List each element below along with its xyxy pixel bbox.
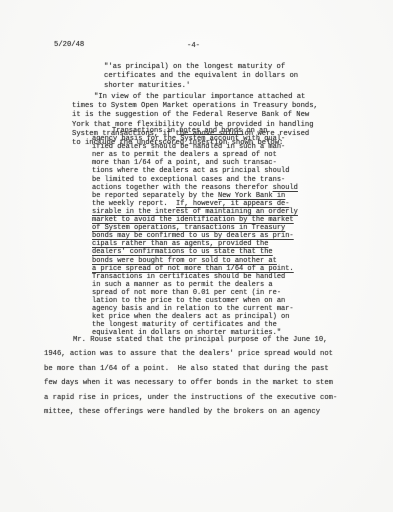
text-line: sirable in the interest of maintaining a… <box>92 208 298 216</box>
document-page: 5/20/48 -4- "'as principal) on the longe… <box>0 0 393 512</box>
text-line: of System operations, transactions in Tr… <box>92 224 298 232</box>
text-line: it is the suggestion of the Federal Rese… <box>72 111 318 120</box>
text-line: market to avoid the identification by th… <box>92 216 298 224</box>
text-line: bonds were bought from or sold to anothe… <box>92 257 298 265</box>
text-line: Mr. Rouse stated that the principal purp… <box>44 333 337 347</box>
text-line: a price spread of not more than 1/64 of … <box>92 265 298 273</box>
date-annotation: 5/20/48 <box>54 41 84 49</box>
text-line: shorter maturities.' <box>104 82 298 91</box>
text-line: Transactions in certificates should be h… <box>92 273 298 281</box>
text-line: be reported separately by the New York B… <box>92 192 298 200</box>
text-line: "'as principal) on the longest maturity … <box>104 63 298 72</box>
text-line: agency basis for the System account with… <box>92 135 298 143</box>
text-line: the weekly report. If, however, it appea… <box>92 200 298 208</box>
text-line: mittee, these offerings were handled by … <box>44 405 337 419</box>
text-line: dealers' confirmations to us state that … <box>92 248 298 256</box>
text-line: tions where the dealers act as principal… <box>92 167 298 175</box>
text-line: spread of not more than 0.01 per cent (i… <box>92 289 298 297</box>
text-line: a rapid rise in prices, under the instru… <box>44 391 337 405</box>
text-line: Transactions in notes and bonds on an <box>92 127 298 135</box>
text-line: actions together with the reasons theref… <box>92 184 298 192</box>
text-line: agency basis and in relation to the curr… <box>92 305 298 313</box>
text-line: lation to the price to the customer when… <box>92 297 298 305</box>
proposed-direction-quote: Transactions in notes and bonds on anage… <box>92 127 298 337</box>
text-line: few days when it was necessary to offer … <box>44 376 337 390</box>
quoted-direction-continuation: "'as principal) on the longest maturity … <box>104 63 298 91</box>
page-number: -4- <box>187 42 200 50</box>
text-line: "In view of the particular importance at… <box>72 93 318 102</box>
text-line: in such a manner as to permit the dealer… <box>92 281 298 289</box>
text-line: be limited to exceptional cases and the … <box>92 176 298 184</box>
rouse-statement-paragraph: Mr. Rouse stated that the principal purp… <box>44 333 337 419</box>
text-line: be more than 1/64 of a point. He also st… <box>44 362 337 376</box>
text-line: certificates and the equivalent in dolla… <box>104 72 298 81</box>
text-line: 1946, action was to assure that the deal… <box>44 347 337 361</box>
